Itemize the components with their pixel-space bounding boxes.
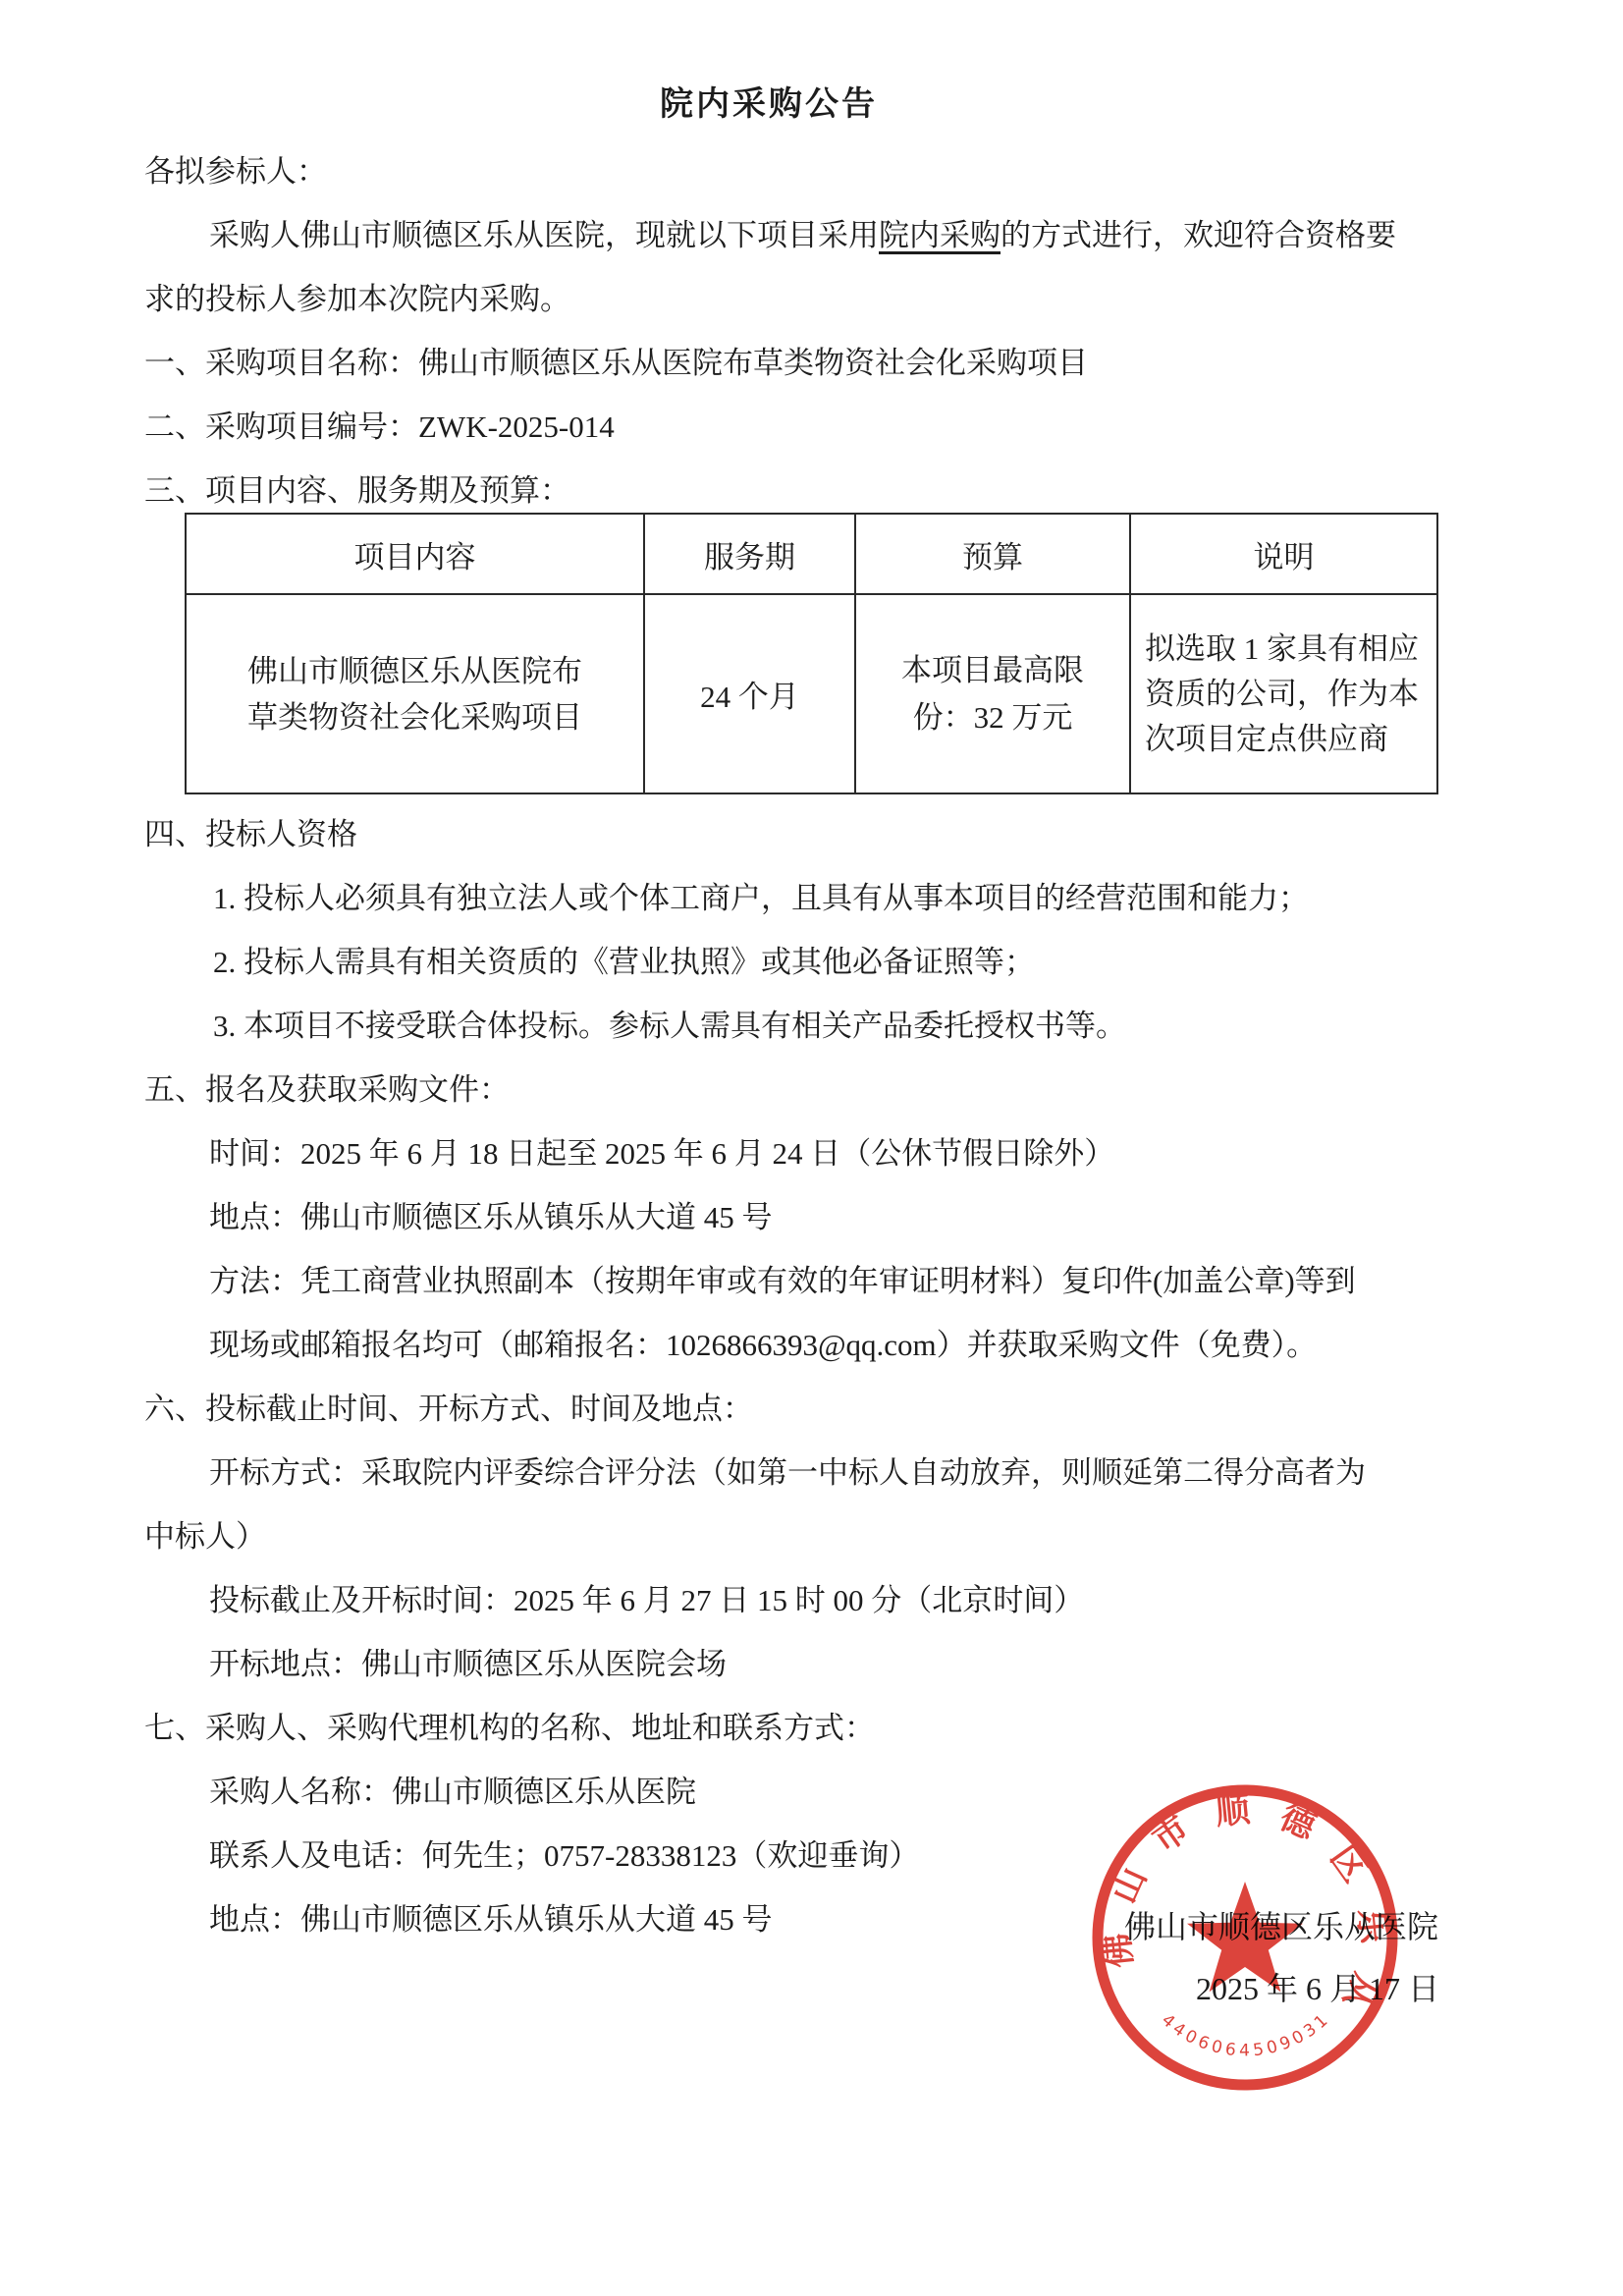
section-1-project-name: 一、采购项目名称：佛山市顺德区乐从医院布草类物资社会化采购项目 [144, 331, 1535, 395]
section-6-method-line-1: 开标方式：采取院内评委综合评分法（如第一中标人自动放弃，则顺延第二得分高者为 [144, 1441, 1535, 1504]
section-5-heading: 五、报名及获取采购文件： [144, 1058, 1535, 1121]
table-cell-content: 佛山市顺德区乐从医院布草类物资社会化采购项目 [186, 594, 644, 793]
intro-line-2: 求的投标人参加本次院内采购。 [144, 267, 1535, 331]
section-4-item-3: 3. 本项目不接受联合体投标。参标人需具有相关产品委托授权书等。 [144, 994, 1535, 1058]
seal-serial-number: 4406064509031 [1158, 2008, 1334, 2060]
intro-line-1: 采购人佛山市顺德区乐从医院，现就以下项目采用院内采购的方式进行，欢迎符合资格要 [144, 203, 1535, 267]
procurement-announcement-page: 院内采购公告 各拟参标人： 采购人佛山市顺德区乐从医院，现就以下项目采用院内采购… [0, 0, 1623, 2296]
table-header-content: 项目内容 [186, 514, 644, 594]
section-6-place: 开标地点：佛山市顺德区乐从医院会场 [144, 1632, 1535, 1696]
section-5-method-line-1: 方法：凭工商营业执照副本（按期年审或有效的年审证明材料）复印件(加盖公章)等到 [144, 1249, 1535, 1313]
table-header-period: 服务期 [644, 514, 855, 594]
salutation-line: 各拟参标人： [144, 139, 1535, 203]
section-6-method-line-2: 中标人） [144, 1504, 1535, 1568]
section-4-heading: 四、投标人资格 [144, 802, 1535, 866]
table-cell-period: 24 个月 [644, 594, 855, 793]
page-title: 院内采购公告 [74, 71, 1464, 139]
table-cell-note: 拟选取 1 家具有相应资质的公司，作为本次项目定点供应商 [1130, 594, 1437, 793]
intro-line-1-post: 的方式进行，欢迎符合资格要 [1001, 218, 1396, 252]
table-row: 佛山市顺德区乐从医院布草类物资社会化采购项目 24 个月 本项目最高限份：32 … [186, 594, 1437, 793]
section-5-method-line-2: 现场或邮箱报名均可（邮箱报名：1026866393@qq.com）并获取采购文件… [144, 1313, 1535, 1377]
table-header-budget: 预算 [855, 514, 1130, 594]
section-6-heading: 六、投标截止时间、开标方式、时间及地点： [144, 1377, 1535, 1441]
section-2-project-number: 二、采购项目编号：ZWK-2025-014 [144, 395, 1535, 459]
table-cell-budget: 本项目最高限份：32 万元 [855, 594, 1130, 793]
document-body: 院内采购公告 各拟参标人： 采购人佛山市顺德区乐从医院，现就以下项目采用院内采购… [144, 71, 1535, 1951]
section-7-heading: 七、采购人、采购代理机构的名称、地址和联系方式： [144, 1696, 1535, 1760]
official-seal-stamp: 佛山市顺德区乐从医院 4406064509031 [1083, 1776, 1407, 2100]
section-5-place: 地点：佛山市顺德区乐从镇乐从大道 45 号 [144, 1185, 1535, 1249]
seal-arc-text: 佛山市顺德区乐从医院 [1083, 1776, 1392, 2015]
project-table: 项目内容 服务期 预算 说明 佛山市顺德区乐从医院布草类物资社会化采购项目 24… [185, 513, 1438, 794]
section-5-time: 时间：2025 年 6 月 18 日起至 2025 年 6 月 24 日（公休节… [144, 1121, 1535, 1185]
seal-star-icon [1187, 1882, 1303, 1992]
section-6-deadline: 投标截止及开标时间：2025 年 6 月 27 日 15 时 00 分（北京时间… [144, 1568, 1535, 1632]
section-4-item-2: 2. 投标人需具有相关资质的《营业执照》或其他必备证照等； [144, 930, 1535, 994]
intro-line-1-pre: 采购人佛山市顺德区乐从医院，现就以下项目采用 [209, 218, 879, 252]
table-header-row: 项目内容 服务期 预算 说明 [186, 514, 1437, 594]
section-4-item-1: 1. 投标人必须具有独立法人或个体工商户，且具有从事本项目的经营范围和能力； [144, 866, 1535, 930]
table-header-note: 说明 [1130, 514, 1437, 594]
intro-line-1-underlined: 院内采购 [879, 218, 1001, 252]
